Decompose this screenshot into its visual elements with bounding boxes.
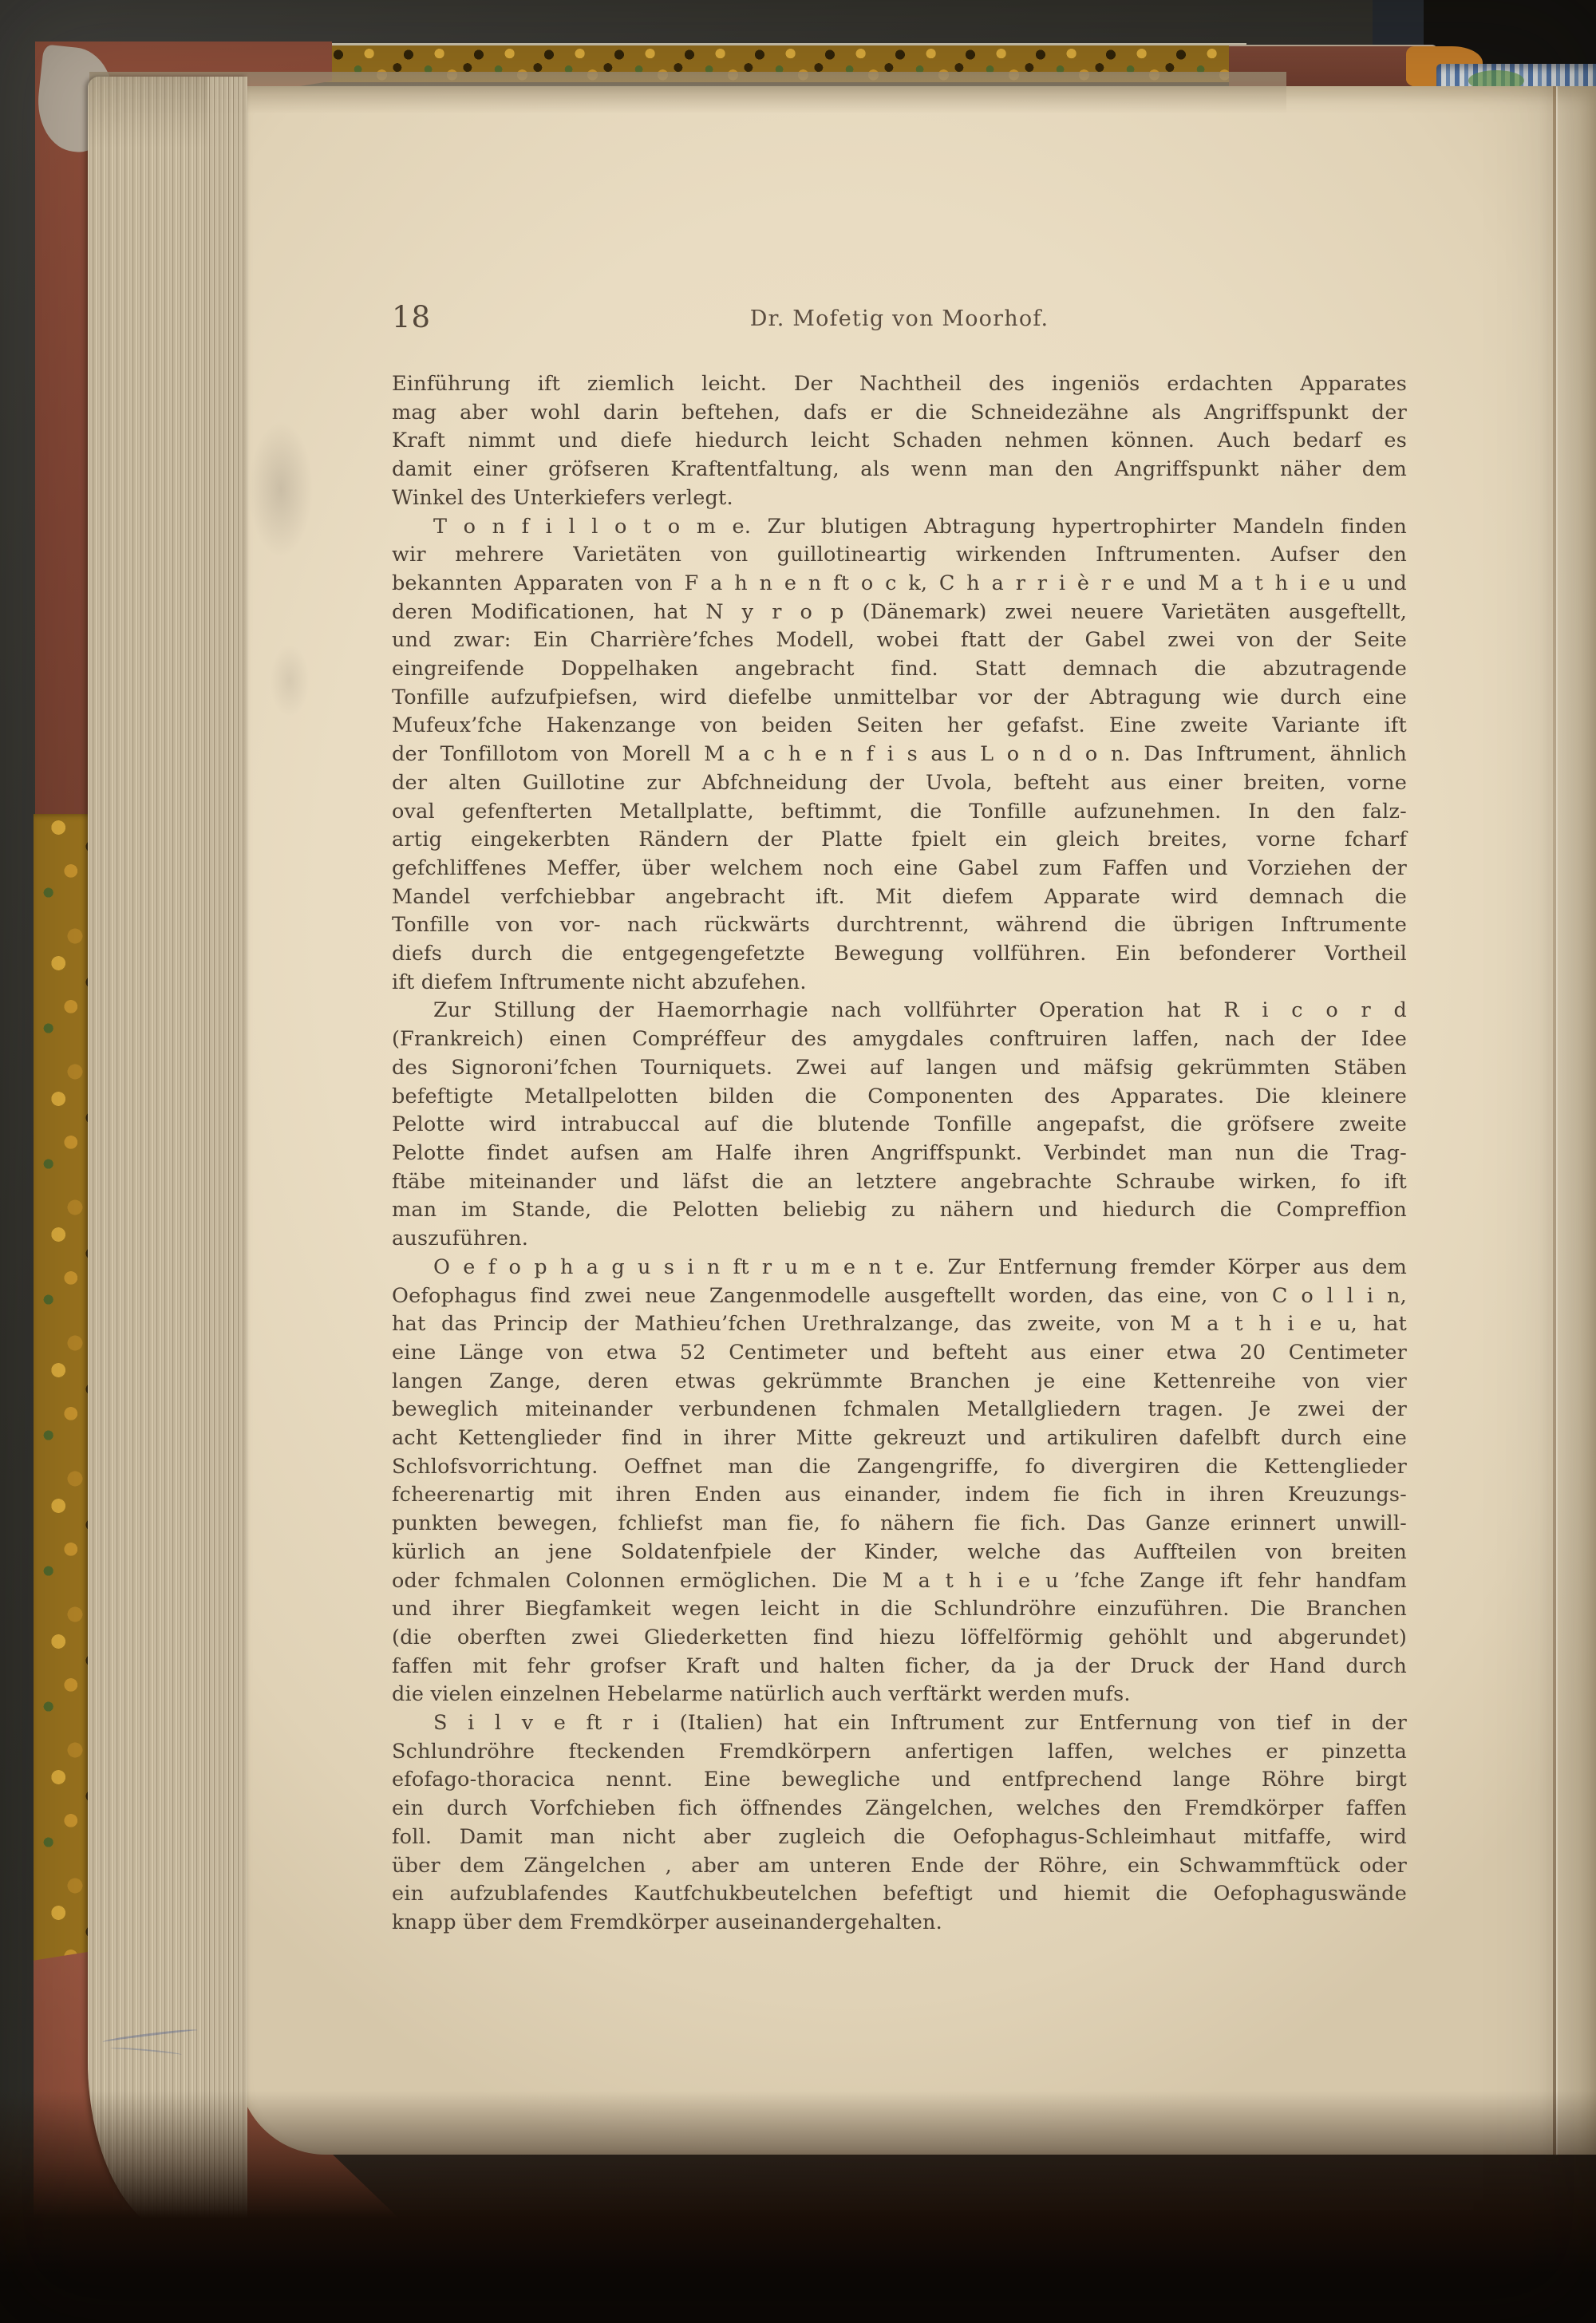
text-line: ftäbe miteinander und läfst die an letzt… [392,1168,1407,1197]
text-line: Mufeux’fche Hakenzange von beiden Seiten… [392,712,1407,741]
text-line: foll. Damit man nicht aber zugleich die … [392,1823,1407,1852]
text-line: Zur Stillung der Haemorrhagie nach vollf… [392,997,1407,1025]
text-line: Tonfille aufzufpiefsen, wird diefelbe un… [392,684,1407,713]
text-line: Tonfille von vor- nach rückwärts durchtr… [392,911,1407,940]
text-line: die vielen einzelnen Hebelarme natürlich… [392,1681,1407,1709]
text-line: hat das Princip der Mathieu’fchen Urethr… [392,1310,1407,1339]
paragraph: Zur Stillung der Haemorrhagie nach vollf… [392,997,1407,1253]
paper-smudge [249,421,313,557]
text-line: des Signoroni’fchen Tourniquets. Zwei au… [392,1054,1407,1083]
text-line: diefs durch die entgegengefetzte Bewegun… [392,940,1407,969]
page-header: 18 Dr. Mofetig von Moorhof. [392,298,1407,346]
text-line: Winkel des Unterkiefers verlegt. [392,484,1407,513]
text-line: der alten Guillotine zur Abfchneidung de… [392,769,1407,798]
page-edges-stack [88,77,247,2236]
text-line: langen Zange, deren etwas gekrümmte Bran… [392,1368,1407,1397]
text-line: punkten bewegen, fchliefst man fie, fo n… [392,1510,1407,1539]
text-line: über dem Zängelchen , aber am unteren En… [392,1852,1407,1881]
text-line: fcheerenartig mit ihren Enden aus einand… [392,1481,1407,1510]
running-head: Dr. Mofetig von Moorhof. [392,306,1407,331]
text-line: kürlich an jene Soldatenfpiele der Kinde… [392,1539,1407,1567]
text-line: eine Länge von etwa 52 Centimeter und be… [392,1339,1407,1368]
text-line: ein aufzublafendes Kautfchukbeutelchen b… [392,1880,1407,1909]
page-edges-inner [207,77,247,2236]
text-line: acht Kettenglieder find in ihrer Mitte g… [392,1424,1407,1453]
text-line: Schlundröhre fteckenden Fremdkörpern anf… [392,1738,1407,1767]
fore-edge-pencil-mark [102,2028,198,2045]
text-line: mag aber wohl darin beftehen, dafs er di… [392,399,1407,428]
text-line: oder fchmalen Colonnen ermöglichen. Die … [392,1567,1407,1596]
text-line: Pelotte findet aufsen am Halfe ihren Ang… [392,1140,1407,1168]
paragraph: S i l v e ft r i (Italien) hat ein Inftr… [392,1709,1407,1938]
text-line: damit einer gröfseren Kraftentfaltung, a… [392,456,1407,484]
paragraph: T o n f i l l o t o m e. Zur blutigen Ab… [392,513,1407,998]
paragraph: O e f o p h a g u s i n ft r u m e n t e… [392,1254,1407,1709]
photo-background: 18 Dr. Mofetig von Moorhof. Einführung i… [0,0,1596,2323]
marbled-paper-top-edge [209,43,1246,82]
text-line: Pelotte wird intrabuccal auf die blutend… [392,1111,1407,1140]
text-line: Kraft nimmt und diefe hiedurch leicht Sc… [392,427,1407,456]
text-line: und zwar: Ein Charrière’fches Modell, wo… [392,626,1407,655]
text-line: T o n f i l l o t o m e. Zur blutigen Ab… [392,513,1407,542]
text-line: wir mehrere Varietäten von guillotineart… [392,541,1407,570]
text-line: Einführung ift ziemlich leicht. Der Nach… [392,370,1407,399]
text-line: eingreifende Doppelhaken angebracht find… [392,655,1407,684]
text-line: gefchliffenes Meffer, über welchem noch … [392,855,1407,883]
text-line: befeftigte Metallpelotten bilden die Com… [392,1083,1407,1112]
text-line: (Frankreich) einen Compréffeur des amygd… [392,1025,1407,1054]
text-line: deren Modificationen, hat N y r o p (Dän… [392,599,1407,627]
book-page: 18 Dr. Mofetig von Moorhof. Einführung i… [238,86,1596,2155]
text-line: knapp über dem Fremdkörper auseinanderge… [392,1909,1407,1938]
text-line: faffen mit fehr grofser Kraft und halten… [392,1653,1407,1681]
paper-smudge [270,645,310,717]
text-block: Einführung ift ziemlich leicht. Der Nach… [392,370,1407,1938]
text-line: (die oberften zwei Gliederketten find hi… [392,1624,1407,1653]
text-line: oval gefenfterten Metallplatte, beftimmt… [392,798,1407,827]
fore-edge-pencil-mark [110,2046,182,2057]
text-line: und ihrer Biegfamkeit wegen leicht in di… [392,1595,1407,1624]
page-crease [1553,86,1556,2155]
text-line: efofago-thoracica nennt. Eine bewegliche… [392,1766,1407,1795]
text-line: beweglich miteinander verbundenen fchmal… [392,1396,1407,1424]
gutter-shadow [1556,86,1596,2155]
text-line: ift diefem Inftrumente nicht abzufehen. [392,969,1407,998]
text-line: S i l v e ft r i (Italien) hat ein Inftr… [392,1709,1407,1738]
text-line: ein durch Vorfchieben fich öffnendes Zän… [392,1795,1407,1823]
text-line: bekannten Apparaten von F a h n e n ft o… [392,570,1407,599]
text-line: man im Stande, die Pelotten beliebig zu … [392,1196,1407,1225]
paragraph: Einführung ift ziemlich leicht. Der Nach… [392,370,1407,513]
text-line: Mandel verfchiebbar angebracht ift. Mit … [392,883,1407,912]
text-line: auszuführen. [392,1225,1407,1254]
text-line: Oefophagus find zwei neue Zangenmodelle … [392,1282,1407,1311]
text-line: artig eingekerbten Rändern der Platte fp… [392,826,1407,855]
text-line: der Tonfillotom von Morell M a c h e n f… [392,741,1407,769]
text-line: O e f o p h a g u s i n ft r u m e n t e… [392,1254,1407,1282]
text-line: Schlofsvorrichtung. Oeffnet man die Zang… [392,1453,1407,1482]
